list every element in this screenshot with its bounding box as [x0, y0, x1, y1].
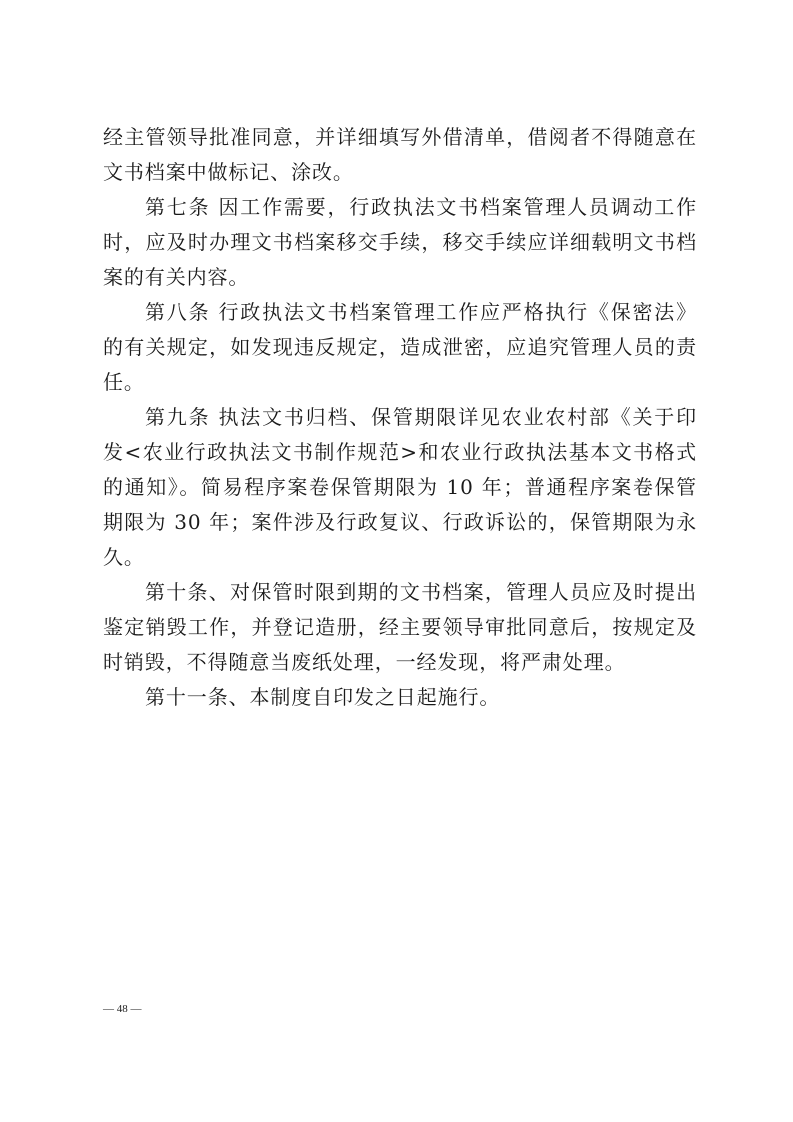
article-8-start: 第八条 行政执法文书档案管理工作应严格执行《保密法》: [103, 295, 697, 330]
text-line: 时，应及时办理文书档案移交手续，移交手续应详细载明文书档: [103, 225, 697, 260]
text-line: 时销毁，不得随意当废纸处理，一经发现，将严肃处理。: [103, 645, 697, 680]
text-line: 鉴定销毁工作，并登记造册，经主要领导审批同意后，按规定及: [103, 610, 697, 645]
article-10-start: 第十条、对保管时限到期的文书档案，管理人员应及时提出: [103, 575, 697, 610]
text-line: 期限为 30 年；案件涉及行政复议、行政诉讼的，保管期限为永: [103, 505, 697, 540]
text-line: 任。: [103, 365, 697, 400]
text-line: 文书档案中做标记、涂改。: [103, 155, 697, 190]
article-11: 第十一条、本制度自印发之日起施行。: [103, 680, 697, 715]
text-line: 发<农业行政执法文书制作规范>和农业行政执法基本文书格式: [103, 435, 697, 470]
text-line: 久。: [103, 540, 697, 575]
article-9-start: 第九条 执法文书归档、保管期限详见农业农村部《关于印: [103, 400, 697, 435]
page-number: — 48 —: [103, 1003, 142, 1015]
text-line: 的通知》。简易程序案卷保管期限为 10 年；普通程序案卷保管: [103, 470, 697, 505]
text-line: 案的有关内容。: [103, 260, 697, 295]
text-line: 经主管领导批准同意，并详细填写外借清单，借阅者不得随意在: [103, 120, 697, 155]
article-7-start: 第七条 因工作需要，行政执法文书档案管理人员调动工作: [103, 190, 697, 225]
text-line: 的有关规定，如发现违反规定，造成泄密，应追究管理人员的责: [103, 330, 697, 365]
document-page: 经主管领导批准同意，并详细填写外借清单，借阅者不得随意在 文书档案中做标记、涂改…: [0, 0, 793, 1122]
body-text: 经主管领导批准同意，并详细填写外借清单，借阅者不得随意在 文书档案中做标记、涂改…: [103, 120, 697, 715]
